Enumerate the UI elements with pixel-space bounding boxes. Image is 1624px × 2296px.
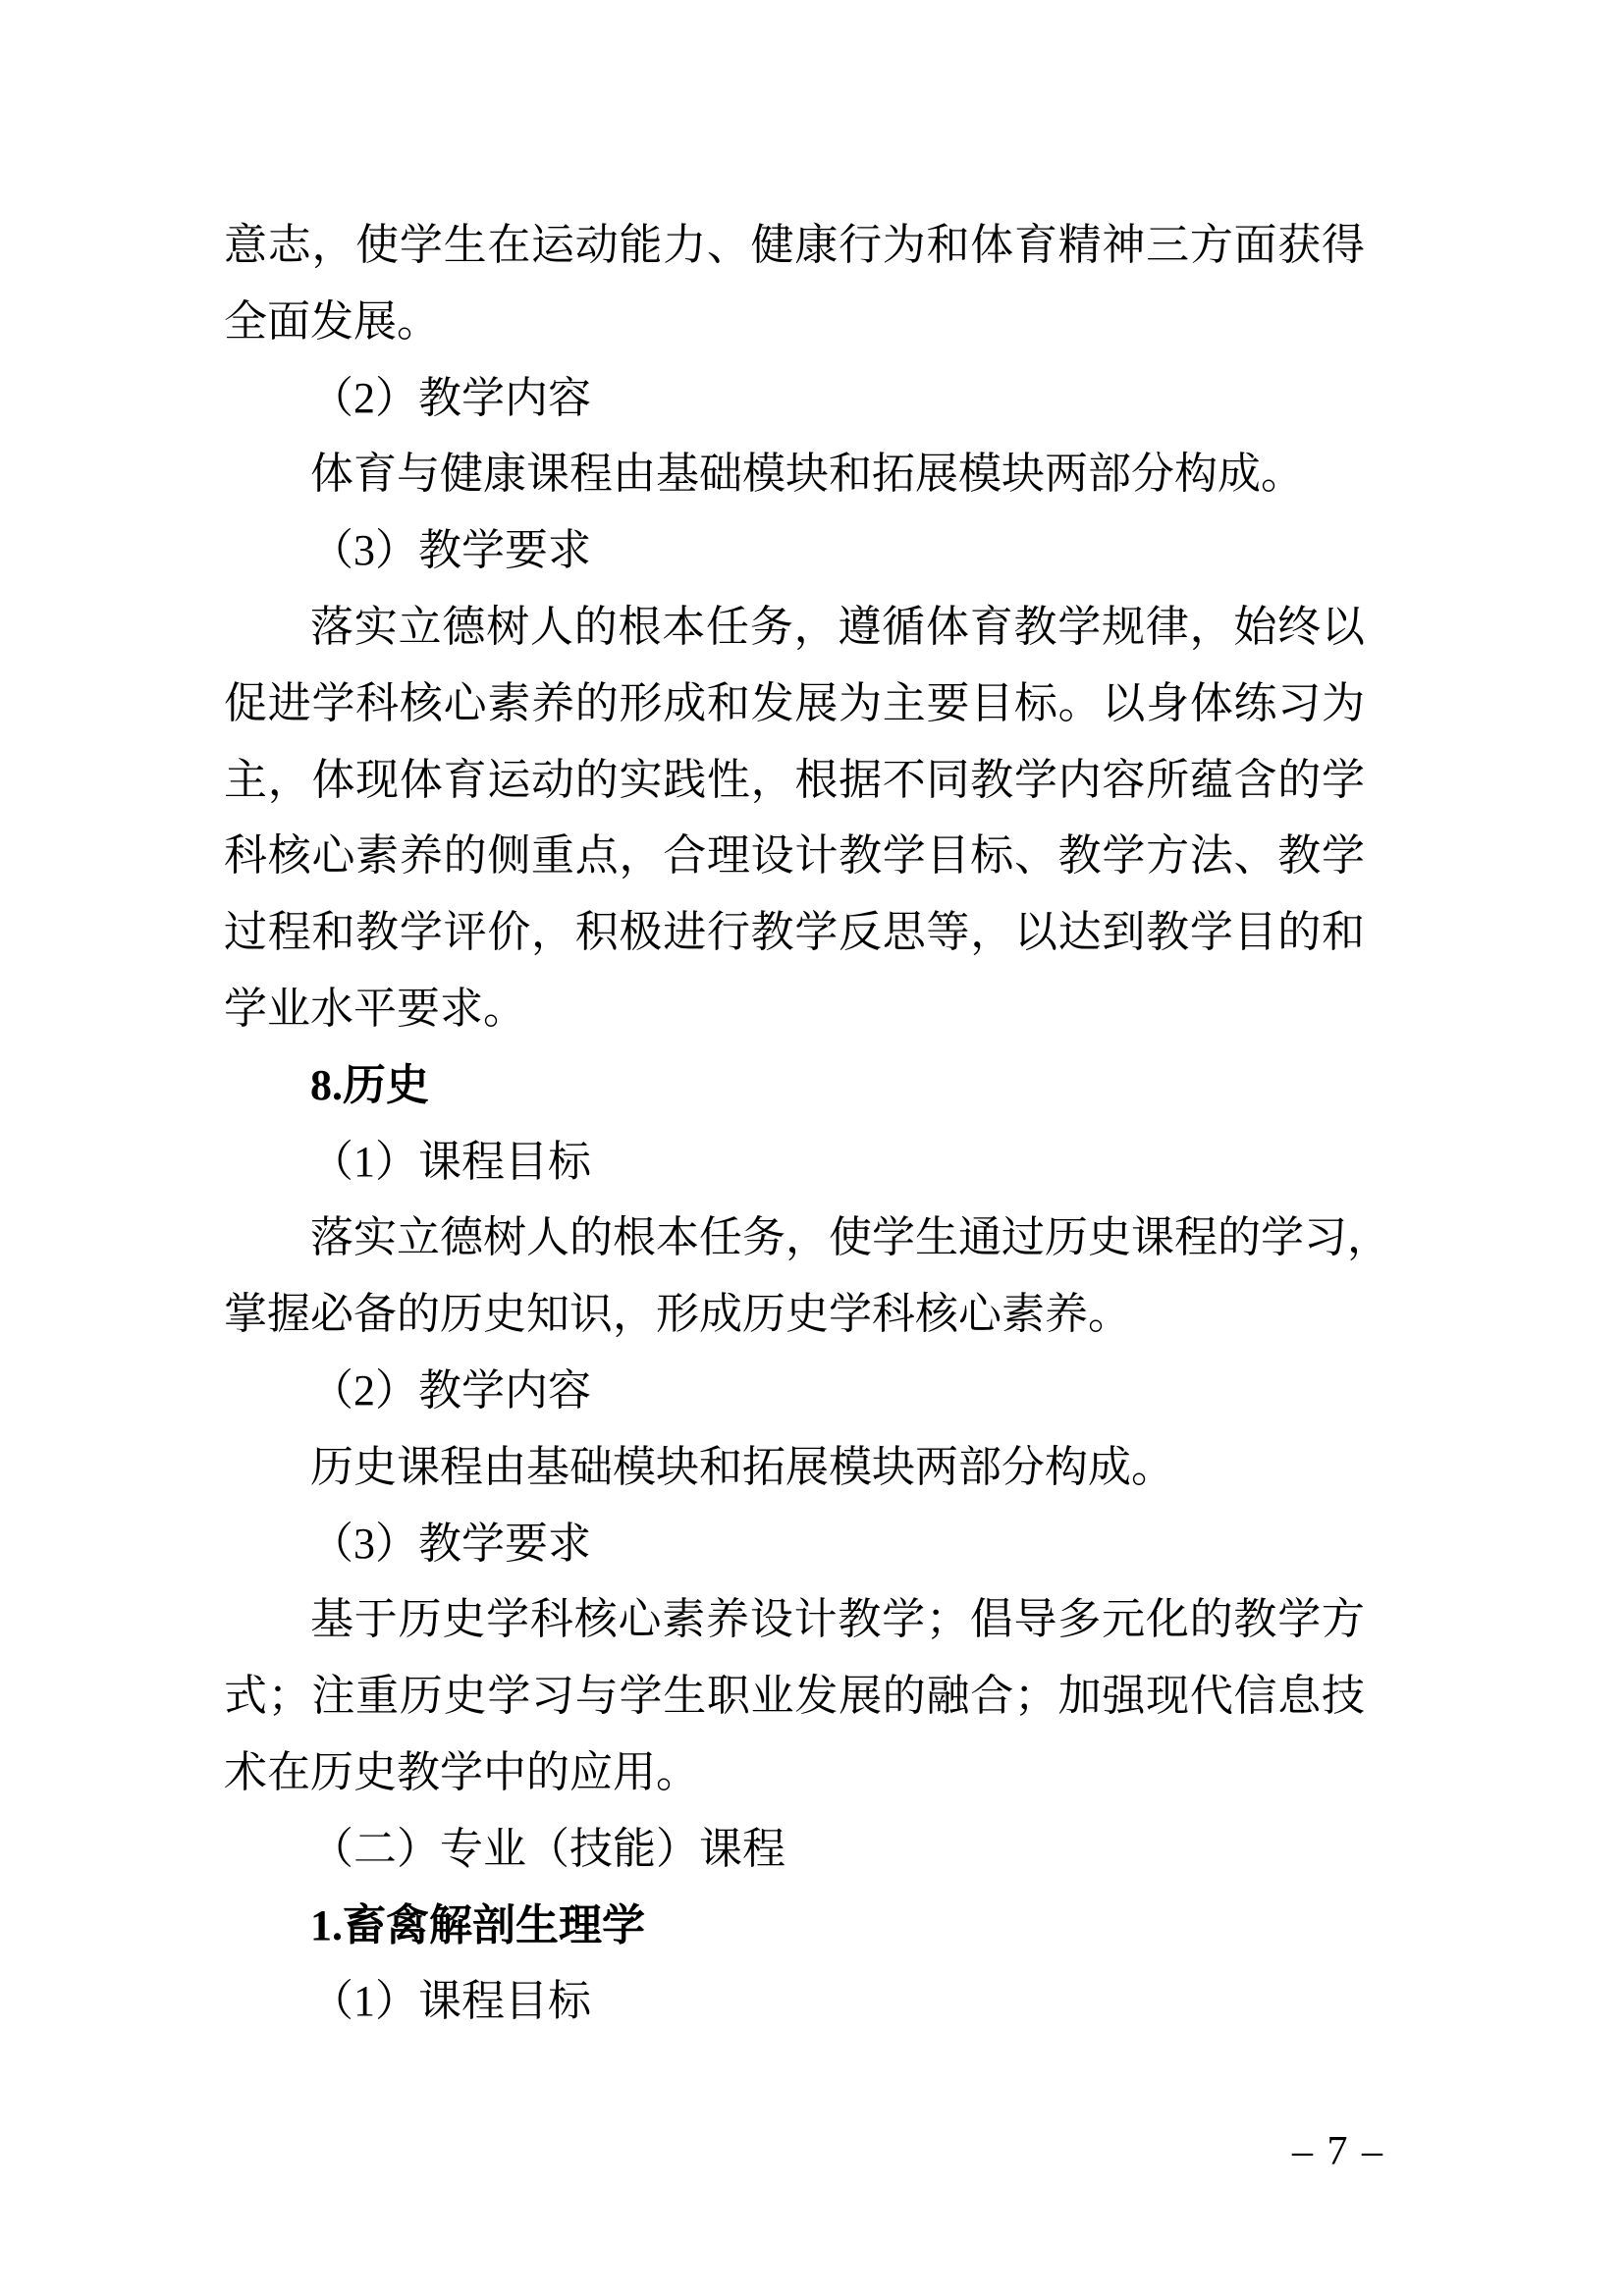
section-heading-history: 8.历史 xyxy=(224,1047,1365,1124)
document-page: 意志，使学生在运动能力、健康行为和体育精神三方面获得 全面发展。 （2）教学内容… xyxy=(0,0,1624,2296)
subheading-course-objectives: （1）课程目标 xyxy=(224,1963,1365,2040)
subheading-teaching-content: （2）教学内容 xyxy=(224,1353,1365,1429)
subheading-teaching-content: （2）教学内容 xyxy=(224,360,1365,437)
text-line: 掌握必备的历史知识，形成历史学科核心素养。 xyxy=(224,1276,1365,1353)
text-line: 科核心素养的侧重点，合理设计教学目标、教学方法、教学 xyxy=(224,818,1365,894)
subheading-course-objectives: （1）课程目标 xyxy=(224,1124,1365,1201)
text-line: 落实立德树人的根本任务，使学生通过历史课程的学习， xyxy=(224,1200,1365,1276)
text-block: 意志，使学生在运动能力、健康行为和体育精神三方面获得 全面发展。 （2）教学内容… xyxy=(224,207,1365,2040)
text-line: 过程和教学评价，积极进行教学反思等，以达到教学目的和 xyxy=(224,894,1365,971)
section-heading-livestock-anatomy: 1.畜禽解剖生理学 xyxy=(224,1888,1365,1964)
text-line: 体育与健康课程由基础模块和拓展模块两部分构成。 xyxy=(224,436,1365,512)
text-line: 式；注重历史学习与学生职业发展的融合；加强现代信息技 xyxy=(224,1658,1365,1735)
text-line: 历史课程由基础模块和拓展模块两部分构成。 xyxy=(224,1429,1365,1506)
section-heading-major-courses: （二）专业（技能）课程 xyxy=(224,1811,1365,1888)
text-line: 促进学科核心素养的形成和发展为主要目标。以身体练习为 xyxy=(224,666,1365,742)
text-line: 主，体现体育运动的实践性，根据不同教学内容所蕴含的学 xyxy=(224,742,1365,819)
text-line: 意志，使学生在运动能力、健康行为和体育精神三方面获得 xyxy=(224,207,1365,284)
text-line: 落实立德树人的根本任务，遵循体育教学规律，始终以 xyxy=(224,589,1365,666)
text-line: 学业水平要求。 xyxy=(224,971,1365,1047)
page-number: – 7 – xyxy=(1292,2122,1384,2181)
subheading-teaching-requirements: （3）教学要求 xyxy=(224,1506,1365,1582)
subheading-teaching-requirements: （3）教学要求 xyxy=(224,512,1365,589)
text-line: 基于历史学科核心素养设计教学；倡导多元化的教学方 xyxy=(224,1581,1365,1658)
text-line: 全面发展。 xyxy=(224,284,1365,360)
text-line: 术在历史教学中的应用。 xyxy=(224,1735,1365,1811)
